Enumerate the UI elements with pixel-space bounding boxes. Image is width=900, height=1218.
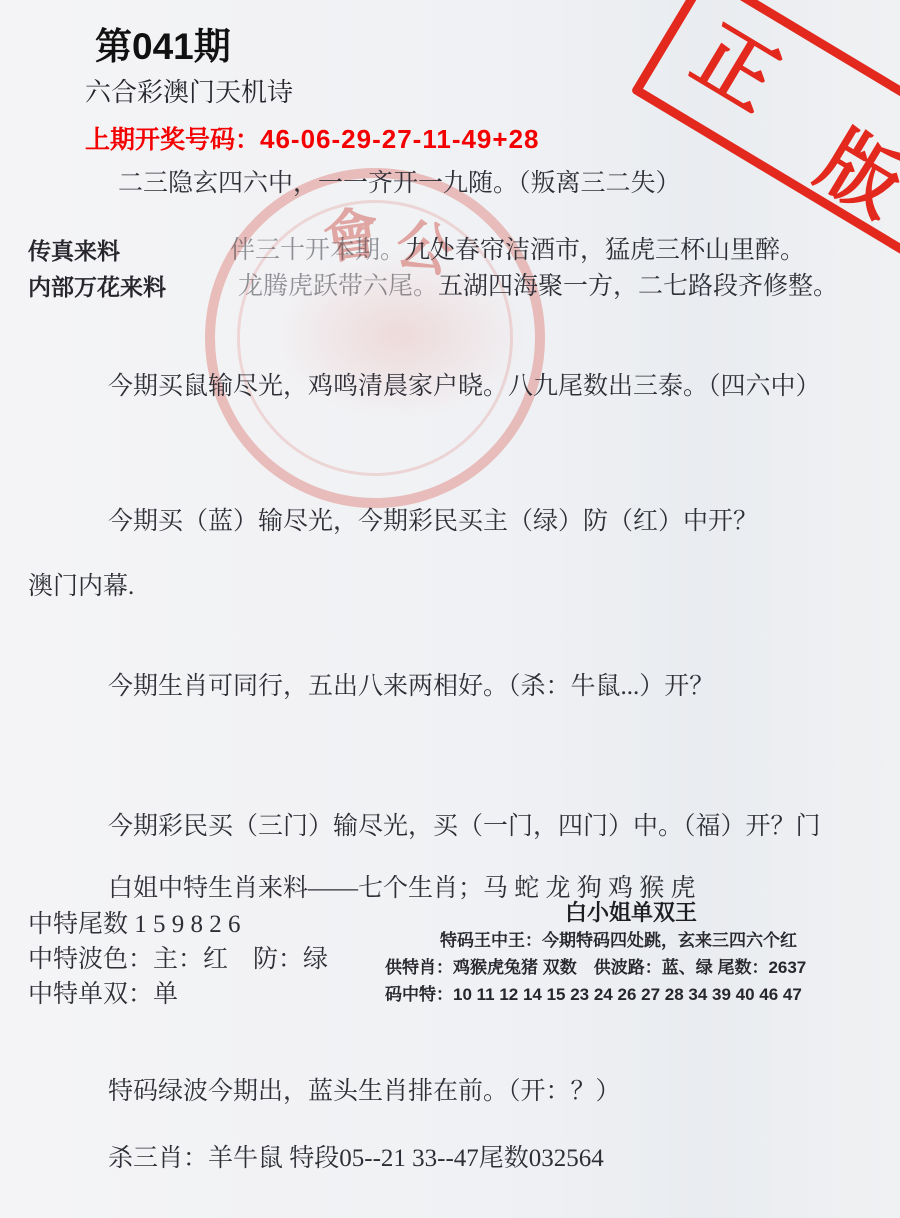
stamp-character-left: 正: [676, 0, 804, 132]
tip-green-wave: 特码绿波今期出，蓝头生肖排在前。（开：？）: [108, 1071, 621, 1107]
baixiaojie-numbers-line: 码中特：10 11 12 14 15 23 24 26 27 28 34 39 …: [385, 980, 802, 1005]
mid-special-wave-color: 中特波色：主：红 防：绿: [28, 939, 328, 975]
company-seal-watermark: 會 公: [205, 168, 545, 508]
tip-color: 今期买（蓝）输尽光，今期彩民买主（绿）防（红）中开？: [108, 501, 758, 537]
kill-three-zodiac-line: 杀三肖：羊牛鼠 特段05--21 33--47尾数032564: [108, 1138, 604, 1174]
fax-main-text: 九处春帘洁酒市，猛虎三杯山里醉。: [405, 237, 805, 264]
last-draw-numbers: 46-06-29-27-11-49+28: [260, 124, 539, 154]
tip-zodiac-poem: 今期买鼠输尽光，鸡鸣清晨家户晓。八九尾数出三泰。（四六中）: [108, 366, 821, 402]
mid-special-tails: 中特尾数 1 5 9 8 2 6: [28, 904, 241, 940]
series-title: 六合彩澳门天机诗: [85, 72, 293, 109]
tip-gates: 今期彩民买（三门）输尽光，买（一门，四门）中。（福）开？门: [108, 806, 821, 842]
fax-faint-text: 伴三十开本期。: [230, 237, 405, 264]
stamp-character-right: 版: [801, 98, 900, 238]
baixiaojie-title: 白小姐单双王: [565, 896, 697, 927]
mid-special-odd-even: 中特单双：单: [28, 974, 178, 1010]
fax-material-label: 传真来料: [28, 233, 120, 266]
internal-material-label: 内部万花来料: [28, 269, 166, 302]
tip-zodiac-pair: 今期生肖可同行，五出八来两相好。（杀：牛鼠...）开？: [108, 666, 714, 702]
authentic-stamp: 正 版: [631, 0, 900, 256]
tip-sheet-page: 會 公 正 版 第041期 六合彩澳门天机诗 上期开奖号码：46-06-29-2…: [0, 0, 900, 1218]
heaven-poem-line: 二三隐玄四六中，一一齐开一九随。（叛离三二失）: [118, 163, 681, 199]
internal-faint-text: 龙腾虎跃带六尾。: [238, 273, 438, 300]
baixiaojie-king-line: 特码王中王：今期特码四处跳，玄来三四六个红: [440, 926, 797, 951]
last-draw-label: 上期开奖号码：: [85, 126, 260, 154]
macau-insider-label: 澳门内幕.: [28, 566, 134, 602]
last-draw-line: 上期开奖号码：46-06-29-27-11-49+28: [85, 120, 540, 156]
fax-material-text: 伴三十开本期。九处春帘洁酒市，猛虎三杯山里醉。: [230, 230, 805, 266]
baixiaojie-supply-line: 供特肖：鸡猴虎兔猪 双数 供波路：蓝、绿 尾数：2637: [385, 953, 806, 978]
internal-material-text: 龙腾虎跃带六尾。五湖四海聚一方，二七路段齐修整。: [238, 266, 838, 302]
internal-main-text: 五湖四海聚一方，二七路段齐修整。: [438, 273, 838, 300]
issue-title: 第041期: [95, 16, 231, 70]
